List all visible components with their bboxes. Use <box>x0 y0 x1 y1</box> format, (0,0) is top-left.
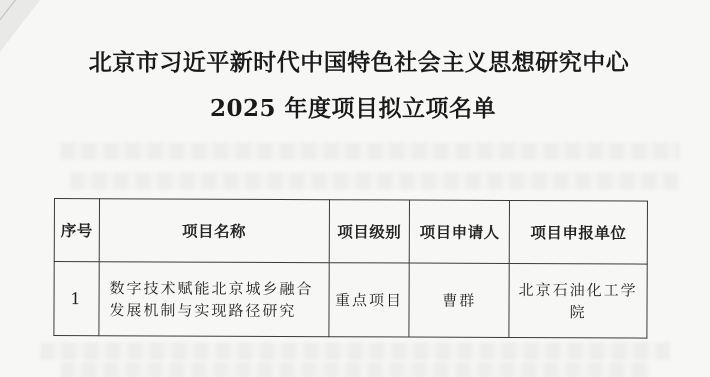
header-project-name: 项目名称 <box>99 199 329 263</box>
header-unit: 项目申报单位 <box>509 200 647 264</box>
table-row: 1 数字技术赋能北京城乡融合发展机制与实现路径研究 重点项目 曹群 北京石油化工… <box>54 262 647 339</box>
header-project-level: 项目级别 <box>329 200 410 263</box>
show-through-text <box>60 362 650 377</box>
project-list-table: 序号 项目名称 项目级别 项目申请人 项目申报单位 1 数字技术赋能北京城乡融合… <box>53 198 648 339</box>
header-applicant: 项目申请人 <box>410 200 510 263</box>
cell-project-level: 重点项目 <box>328 263 409 337</box>
show-through-text <box>70 172 680 190</box>
cell-applicant: 曹群 <box>409 263 509 337</box>
show-through-text <box>60 142 680 160</box>
document-subtitle: 2025 年度项目拟立项名单 <box>0 90 710 123</box>
cell-seq: 1 <box>54 262 99 336</box>
show-through-text <box>40 342 670 360</box>
cell-project-name: 数字技术赋能北京城乡融合发展机制与实现路径研究 <box>99 262 329 337</box>
table-header-row: 序号 项目名称 项目级别 项目申请人 项目申报单位 <box>54 199 647 265</box>
document-title: 北京市习近平新时代中国特色社会主义思想研究中心 <box>0 44 710 77</box>
cell-unit: 北京石油化工学院 <box>509 263 647 338</box>
header-seq: 序号 <box>54 199 99 262</box>
